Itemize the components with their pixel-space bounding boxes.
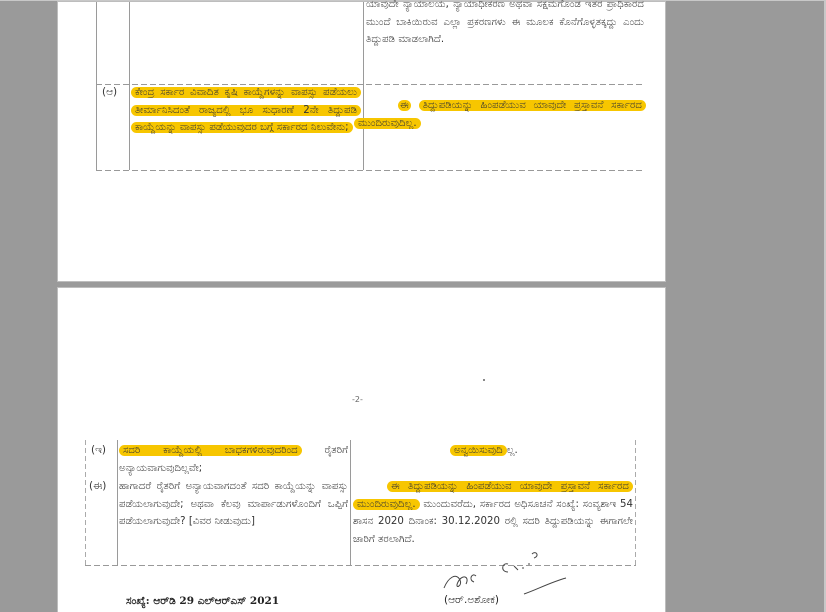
question-text-ii: ಹಾಗಾದರೆ ರೈತರಿಗೆ ಅನ್ಯಾಯವಾಗದಂತೆ ಸದರಿ ಕಾಯ್ದ… xyxy=(119,478,348,531)
answer-prefix-aa: ಈ xyxy=(398,100,411,111)
highlight-answer-i: ಅನ್ವಯಿಸುವುದಿ xyxy=(450,445,507,456)
question-text-aa: ಕೇಂದ್ರ ಸರ್ಕಾರ ವಿವಾದಿತ ಕೃಷಿ ಕಾಯ್ದೆಗಳನ್ನು … xyxy=(131,84,361,137)
signatory-name: (ಆರ್.ಅಶೋಕ) xyxy=(444,594,499,607)
table-border-right xyxy=(635,440,636,566)
reference-number: ಸಂಖ್ಯೆ: ಆರ್‌ಡಿ 29 ಎಲ್‌ಆರ್‌ಎಸ್ 2021 xyxy=(126,595,279,608)
table-column-divider xyxy=(350,440,351,566)
document-page-2: -2- (ಇ) ಸದರಿ ಕಾಯ್ದೆಯಲ್ಲಿ ಬಾಧಕಗಳಿರುವುದರಿಂ… xyxy=(58,288,665,612)
document-page-1: ಯಾವುದೇ ನ್ಯಾಯಾಲಯ, ನ್ಯಾಯಾಧೀಕರಣ ಅಥವಾ ಸಕ್ಷಮಗ… xyxy=(58,2,665,281)
page-number: -2- xyxy=(352,395,363,404)
answer-text-i: ಅನ್ವಯಿಸುವುದಿಲ್ಲ. xyxy=(450,442,630,460)
table-column-divider xyxy=(363,2,364,170)
answer-text-previous-row: ಯಾವುದೇ ನ್ಯಾಯಾಲಯ, ನ್ಯಾಯಾಧೀಕರಣ ಅಥವಾ ಸಕ್ಷಮಗ… xyxy=(366,0,644,49)
highlight-question-aa: ಕೇಂದ್ರ ಸರ್ಕಾರ ವಿವಾದಿತ ಕೃಷಿ ಕಾಯ್ದೆಗಳನ್ನು … xyxy=(131,87,361,133)
question-text-i: ಸದರಿ ಕಾಯ್ದೆಯಲ್ಲಿ ಬಾಧಕಗಳಿರುವುದರಿಂದ ರೈತರಿಗ… xyxy=(119,442,348,477)
answer-text-ii: ಈ ತಿದ್ದುಪಡಿಯನ್ನು ಹಿಂಪಡೆಯುವ ಯಾವುದೇ ಪ್ರಸ್ತ… xyxy=(353,478,633,548)
row-label-aa: (ಆ) xyxy=(102,86,117,99)
highlight-question-i: ಸದರಿ ಕಾಯ್ದೆಯಲ್ಲಿ ಬಾಧಕಗಳಿರುವುದರಿಂದ xyxy=(119,445,302,456)
table-border-left xyxy=(96,2,97,170)
signature-icon xyxy=(436,550,576,600)
table-border-bottom xyxy=(96,170,644,171)
table-column-divider xyxy=(129,2,130,170)
table-border-left xyxy=(85,440,86,566)
row-label-ii: (ಈ) xyxy=(89,480,106,493)
answer-text-aa: ಈ ತಿದ್ದುಪಡಿಯನ್ನು ಹಿಂಪಡೆಯುವ ಯಾವುದೇ ಪ್ರಸ್ತ… xyxy=(354,97,646,132)
row-label-i: (ಇ) xyxy=(91,444,106,457)
scan-artifact xyxy=(483,379,485,381)
table-column-divider xyxy=(117,440,118,566)
